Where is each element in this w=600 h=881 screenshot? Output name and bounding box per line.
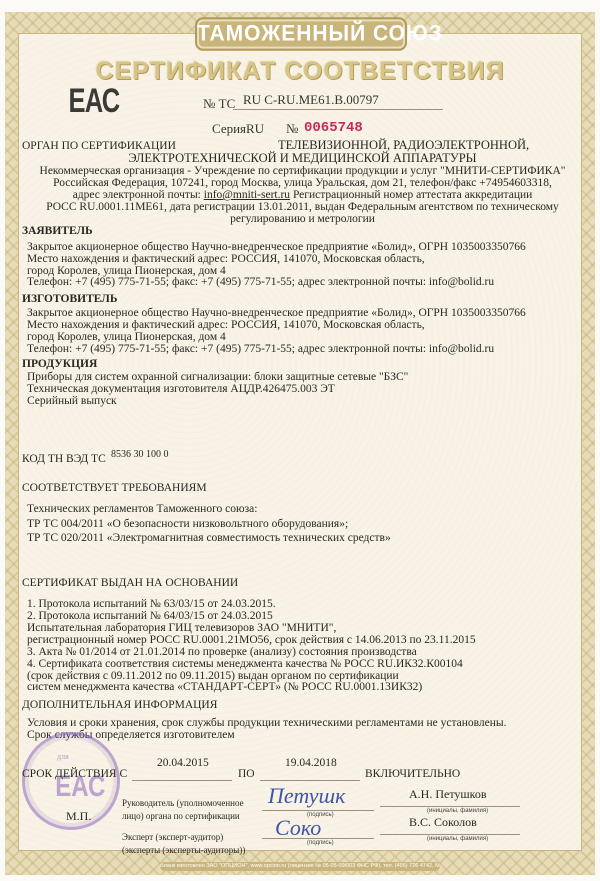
validity-inclusive-label: ВКЛЮЧИТЕЛЬНО bbox=[365, 768, 460, 780]
expert-name-caption: (инициалы, фамилия) bbox=[427, 836, 488, 842]
validity-to-line bbox=[260, 780, 360, 781]
stamp-place-label: М.П. bbox=[66, 810, 91, 822]
certification-body-email-link[interactable]: info@mniti-sert.ru bbox=[204, 189, 290, 201]
head-role-line1: Руководитель (уполномоченное bbox=[122, 798, 244, 808]
expert-name: В.С. Соколов bbox=[409, 816, 477, 828]
manufacturer-line: Телефон: +7 (495) 775-71-55; факс: +7 (4… bbox=[27, 343, 494, 355]
head-signature: Петушк bbox=[268, 783, 345, 809]
series-label: Серия bbox=[212, 121, 246, 137]
head-role-line2: лицо) органа по сертификации bbox=[122, 811, 240, 821]
expert-name-line bbox=[380, 834, 520, 835]
validity-to-label: ПО bbox=[238, 768, 255, 780]
basis-line: 3. Акта № 01/2014 от 21.01.2014 по прове… bbox=[27, 646, 417, 658]
head-name-line bbox=[380, 806, 520, 807]
requirements-line: ТР ТС 004/2011 «О безопасности низковоль… bbox=[27, 518, 348, 530]
serial-number-value: 0065748 bbox=[304, 120, 363, 136]
serial-number-label: № bbox=[286, 121, 298, 137]
applicant-heading: ЗАЯВИТЕЛЬ bbox=[22, 225, 93, 237]
head-name: А.Н. Петушков bbox=[409, 788, 487, 800]
product-line: Серийный выпуск bbox=[27, 395, 117, 407]
certification-body-line7: регулированию и метрологии bbox=[25, 213, 580, 225]
manufacturer-heading: ИЗГОТОВИТЕЛЬ bbox=[22, 293, 117, 305]
applicant-line: Место нахождения и фактический адрес: РО… bbox=[27, 253, 425, 265]
certification-body-line5: адрес электронной почты: info@mniti-sert… bbox=[25, 189, 580, 201]
basis-line: 2. Протокола испытаний № 64/03/15 от 24.… bbox=[27, 610, 273, 622]
expert-role-line1: Эксперт (эксперт-аудитор) bbox=[122, 832, 223, 842]
product-heading: ПРОДУКЦИЯ bbox=[22, 358, 97, 370]
requirements-heading: СООТВЕТСТВУЕТ ТРЕБОВАНИЯМ bbox=[22, 482, 207, 494]
expert-signature-caption: (подпись) bbox=[307, 840, 334, 846]
hs-code-heading: КОД ТН ВЭД ТС bbox=[22, 453, 106, 465]
additional-info-heading: ДОПОЛНИТЕЛЬНАЯ ИНФОРМАЦИЯ bbox=[22, 699, 217, 711]
manufacturer-line: город Королев, улица Пионерская, дом 4 bbox=[27, 331, 226, 343]
certification-body-line3: Некоммерческая организация - Учреждение … bbox=[25, 165, 580, 177]
head-name-caption: (инициалы, фамилия) bbox=[427, 808, 488, 814]
manufacturer-line: Место нахождения и фактический адрес: РО… bbox=[27, 319, 425, 331]
certification-body-line4: Российская Федерация, 107241, город Моск… bbox=[25, 177, 580, 189]
applicant-line: Закрытое акционерное общество Научно-вне… bbox=[27, 241, 526, 253]
certification-body-line1: ТЕЛЕВИЗИОННОЙ, РАДИОЭЛЕКТРОННОЙ, bbox=[278, 139, 529, 151]
certification-body-line6: РОСС RU.0001.11ME61, дата регистрации 13… bbox=[25, 201, 580, 213]
requirements-line: ТР ТС 020/2011 «Электромагнитная совмест… bbox=[27, 532, 391, 544]
printer-imprint: Бланк изготовлен ЗАО "ОПЦИОН", www.opcio… bbox=[160, 862, 440, 871]
expert-signature-line bbox=[262, 838, 374, 839]
validity-from-line bbox=[132, 780, 232, 781]
validity-from-label: СРОК ДЕЙСТВИЯ С bbox=[22, 768, 127, 780]
basis-line: 1. Протокола испытаний № 63/03/15 от 24.… bbox=[27, 598, 276, 610]
requirements-line: Технических регламентов Таможенного союз… bbox=[27, 503, 257, 515]
series-value: RU bbox=[246, 121, 264, 137]
certificate-number-label: № ТС bbox=[203, 96, 235, 112]
basis-line: Испытательная лаборатория ГИЦ телевизоро… bbox=[27, 622, 336, 634]
expert-role-line2: (эксперты (эксперты-аудиторы)) bbox=[122, 845, 245, 855]
hs-code-value: 8536 30 100 0 bbox=[111, 449, 169, 461]
validity-from-date: 20.04.2015 bbox=[157, 757, 209, 769]
certification-body-line2: ЭЛЕКТРОТЕХНИЧЕСКОЙ И МЕДИЦИНСКОЙ АППАРАТ… bbox=[25, 152, 580, 164]
head-signature-line bbox=[262, 810, 374, 811]
applicant-line: Телефон: +7 (495) 775-71-55; факс: +7 (4… bbox=[27, 276, 494, 288]
validity-to-date: 19.04.2018 bbox=[285, 757, 337, 769]
eac-logo-icon: ЕАС bbox=[68, 82, 119, 121]
basis-line: 4. Сертификата соответствия системы мене… bbox=[27, 658, 463, 670]
basis-line: систем менеджмента качества «СТАНДАРТ-СЕ… bbox=[27, 681, 422, 693]
basis-heading: СЕРТИФИКАТ ВЫДАН НА ОСНОВАНИИ bbox=[22, 577, 238, 589]
customs-union-banner: ТАМОЖЕННЫЙ СОЮЗ bbox=[195, 17, 407, 51]
certificate-number-value: RU C-RU.ME61.B.00797 bbox=[243, 92, 379, 108]
product-line: Техническая документация изготовителя АЦ… bbox=[27, 383, 335, 395]
product-line: Приборы для систем охранной сигнализации… bbox=[27, 371, 408, 383]
additional-info-line: Условия и сроки хранения, срок службы пр… bbox=[27, 717, 507, 729]
manufacturer-line: Закрытое акционерное общество Научно-вне… bbox=[27, 307, 526, 319]
stamp-text: для bbox=[57, 752, 69, 761]
basis-line: регистрационный номер РОСС RU.0001.21МО5… bbox=[27, 634, 476, 646]
